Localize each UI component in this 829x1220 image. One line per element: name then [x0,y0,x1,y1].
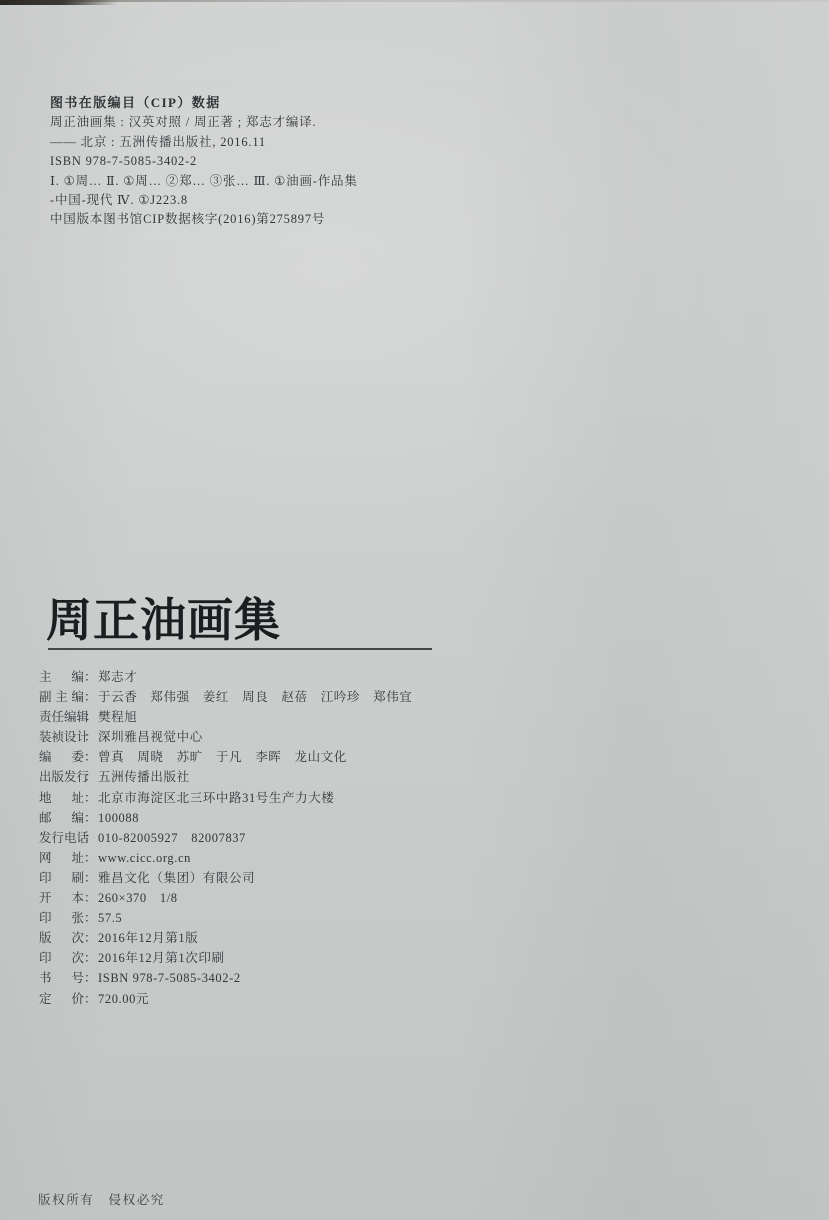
cip-line: -中国-现代 Ⅳ. ①J223.8 [50,191,358,210]
detail-colon: ： [84,989,98,1009]
detail-label: 印次 [39,948,84,968]
detail-value: 010-82005927 82007837 [98,831,246,845]
detail-label: 版次 [39,928,84,948]
detail-row: 责任编辑：樊程旭 [39,707,412,727]
cip-line: 周正油画集 : 汉英对照 / 周正著 ; 郑志才编译. [50,113,358,132]
detail-label: 责任编辑 [39,707,84,727]
detail-row: 网址：www.cicc.org.cn [39,848,412,868]
detail-row: 编委：曾真 周晓 苏旷 于凡 李晖 龙山文化 [39,747,412,767]
background-sliver [0,0,118,5]
detail-row: 装祯设计：深圳雅昌视觉中心 [39,727,412,747]
detail-colon: ： [84,968,98,988]
detail-value: 深圳雅昌视觉中心 [98,730,203,744]
detail-label: 副主编 [39,687,84,707]
cip-line: —— 北京 : 五洲传播出版社, 2016.11 [50,133,358,152]
cip-line: Ⅰ. ①周… Ⅱ. ①周… ②郑… ③张… Ⅲ. ①油画-作品集 [50,172,358,191]
page-top-edge-shadow [0,0,829,2]
detail-colon: ： [84,828,98,848]
detail-value: 57.5 [98,911,122,925]
detail-label: 装祯设计 [39,727,84,747]
detail-row: 主编：郑志才 [39,667,412,687]
cip-line: ISBN 978-7-5085-3402-2 [50,152,358,171]
detail-row: 书号：ISBN 978-7-5085-3402-2 [39,968,412,988]
detail-value: 雅昌文化（集团）有限公司 [98,871,255,885]
detail-colon: ： [84,707,98,727]
detail-colon: ： [84,767,98,787]
detail-colon: ： [84,667,98,687]
detail-colon: ： [84,908,98,928]
detail-colon: ： [84,888,98,908]
detail-label: 开本 [39,888,84,908]
detail-value: ISBN 978-7-5085-3402-2 [98,971,241,985]
title-rule [48,648,432,650]
detail-row: 定价：720.00元 [39,989,412,1009]
detail-row: 副主编：于云香 郑伟强 姜红 周良 赵蓓 江吟珍 郑伟宜 [39,687,412,707]
detail-label: 邮编 [39,808,84,828]
detail-value: 五洲传播出版社 [98,770,190,784]
detail-label: 编委 [39,747,84,767]
cip-block: 图书在版编目（CIP）数据 周正油画集 : 汉英对照 / 周正著 ; 郑志才编译… [50,93,358,230]
detail-label: 定价 [39,989,84,1009]
detail-value: 2016年12月第1版 [98,931,198,945]
detail-row: 印张：57.5 [39,908,412,928]
detail-label: 地址 [39,788,84,808]
detail-colon: ： [84,868,98,888]
detail-label: 发行电话 [39,828,84,848]
detail-colon: ： [84,848,98,868]
detail-colon: ： [84,727,98,747]
detail-value: 100088 [98,811,139,825]
book-colophon-page: 图书在版编目（CIP）数据 周正油画集 : 汉英对照 / 周正著 ; 郑志才编译… [0,0,829,1220]
detail-value: 北京市海淀区北三环中路31号生产力大楼 [98,791,334,805]
detail-value: 260×370 1/8 [98,891,178,905]
detail-row: 邮编：100088 [39,808,412,828]
detail-row: 版次：2016年12月第1版 [39,928,412,948]
detail-row: 发行电话：010-82005927 82007837 [39,828,412,848]
detail-value: 2016年12月第1次印刷 [98,951,225,965]
book-title: 周正油画集 [46,584,281,650]
detail-label: 印张 [39,908,84,928]
cip-line: 中国版本图书馆CIP数据核字(2016)第275897号 [50,210,358,229]
detail-value: 720.00元 [98,992,149,1006]
copyright-notice: 版权所有 侵权必究 [38,1190,165,1208]
detail-row: 出版发行：五洲传播出版社 [39,767,412,787]
detail-row: 印次：2016年12月第1次印刷 [39,948,412,968]
detail-value: 郑志才 [98,670,137,684]
detail-label: 出版发行 [39,767,84,787]
detail-label: 印刷 [39,868,84,888]
detail-value: www.cicc.org.cn [98,851,191,865]
detail-colon: ： [84,687,98,707]
detail-colon: ： [84,948,98,968]
detail-row: 印刷：雅昌文化（集团）有限公司 [39,868,412,888]
detail-label: 主编 [39,667,84,687]
detail-value: 樊程旭 [98,710,137,724]
publication-details: 主编：郑志才 副主编：于云香 郑伟强 姜红 周良 赵蓓 江吟珍 郑伟宜 责任编辑… [39,667,412,1009]
detail-colon: ： [84,928,98,948]
detail-colon: ： [84,788,98,808]
detail-label: 网址 [39,848,84,868]
detail-colon: ： [84,747,98,767]
cip-header: 图书在版编目（CIP）数据 [50,93,358,112]
detail-row: 开本：260×370 1/8 [39,888,412,908]
detail-row: 地址：北京市海淀区北三环中路31号生产力大楼 [39,788,412,808]
detail-value: 于云香 郑伟强 姜红 周良 赵蓓 江吟珍 郑伟宜 [98,690,412,704]
detail-label: 书号 [39,968,84,988]
detail-colon: ： [84,808,98,828]
detail-value: 曾真 周晓 苏旷 于凡 李晖 龙山文化 [98,750,347,764]
